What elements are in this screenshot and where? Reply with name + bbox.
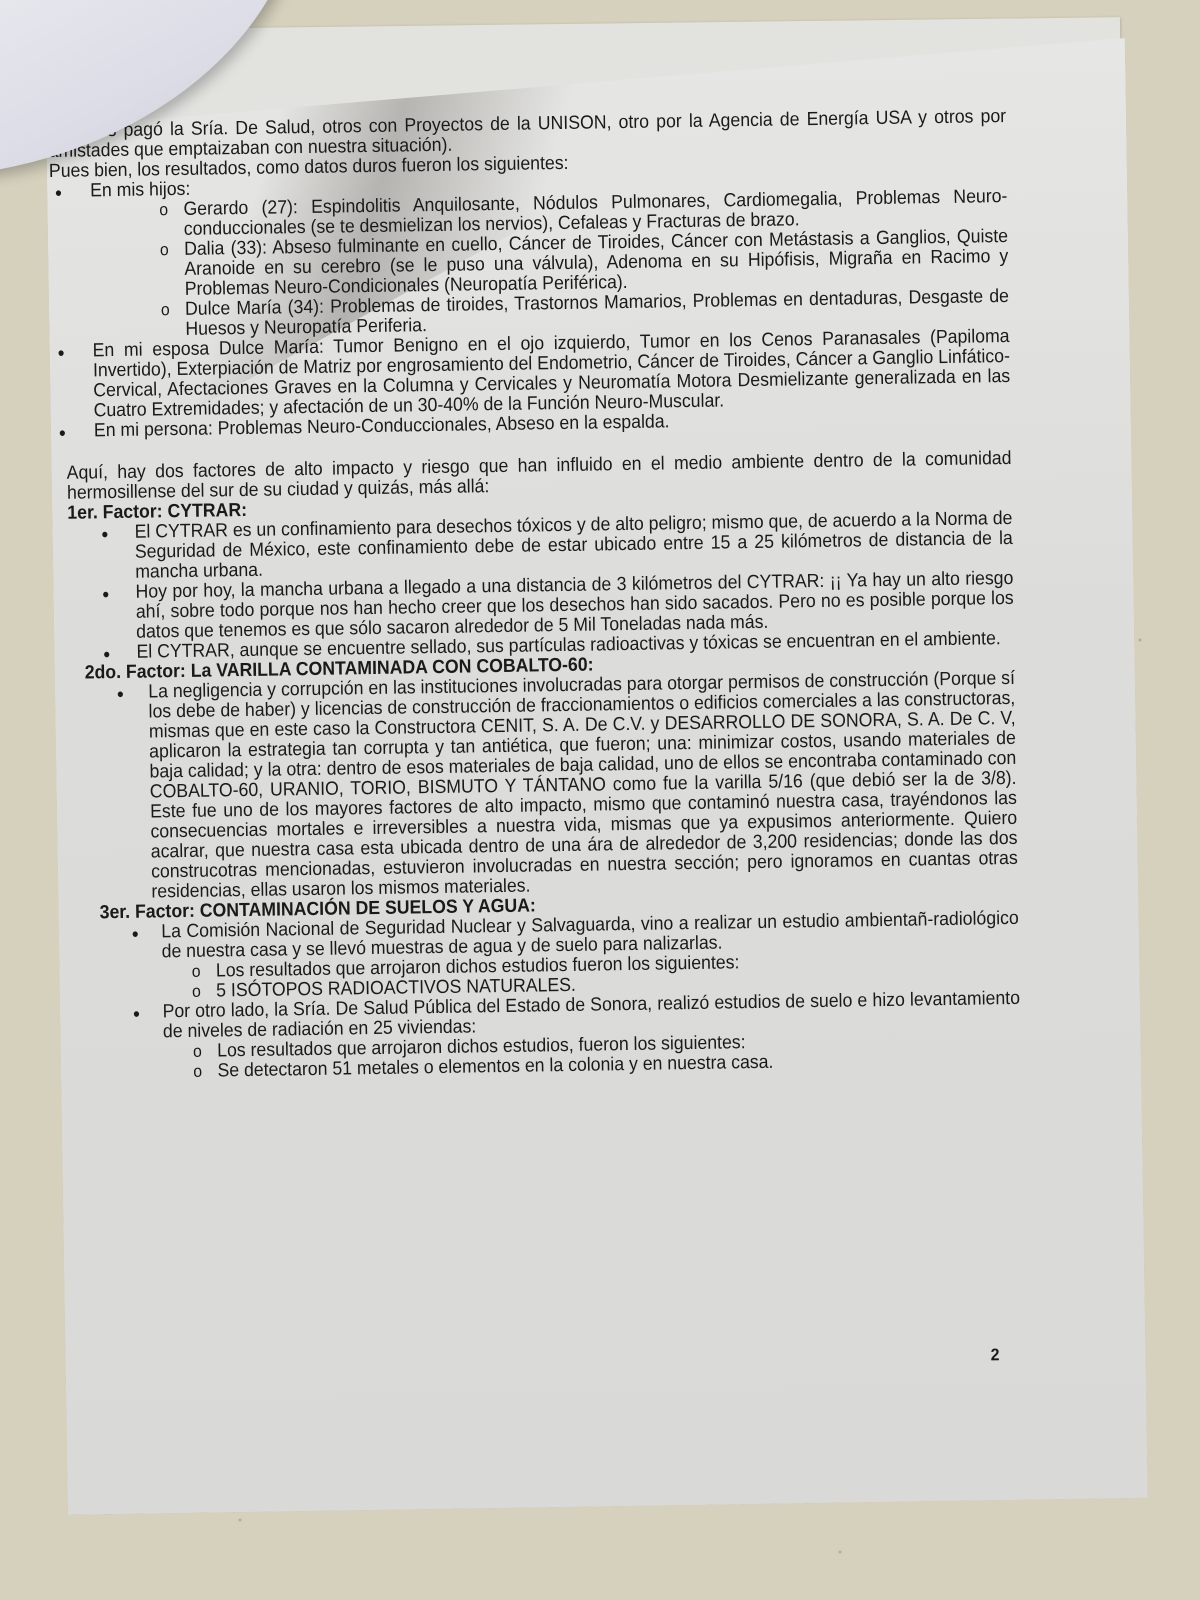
list-item-wife: En mi esposa Dulce María: Tumor Benigno … [52, 327, 1011, 422]
factor-1-list: El CYTRAR es un confinamiento para desec… [54, 509, 1014, 664]
page-number: 2 [991, 1345, 1000, 1365]
factor-2-section: 2do. Factor: La VARILLA CONTAMINADA CON … [57, 649, 1019, 904]
children-list: Gerardo (27): Espindolitis Anquilosante,… [49, 187, 1009, 342]
factor-1-section: 1er. Factor: CYTRAR: El CYTRAR es un con… [54, 489, 1014, 664]
document-body: unos los pagó la Sría. De Salud, otros c… [48, 107, 1021, 1084]
children-label: En mis hijos: [90, 179, 190, 202]
list-item: La negligencia y corrupción en las insti… [57, 669, 1018, 904]
page-content: unos los pagó la Sría. De Salud, otros c… [2, 0, 1143, 1600]
results-list-continued: En mi esposa Dulce María: Tumor Benigno … [52, 327, 1011, 442]
factor-2-list: La negligencia y corrupción en las insti… [57, 669, 1018, 904]
factor-3-section: 3er. Factor: CONTAMINACIÓN DE SUELOS Y A… [60, 889, 1021, 1084]
